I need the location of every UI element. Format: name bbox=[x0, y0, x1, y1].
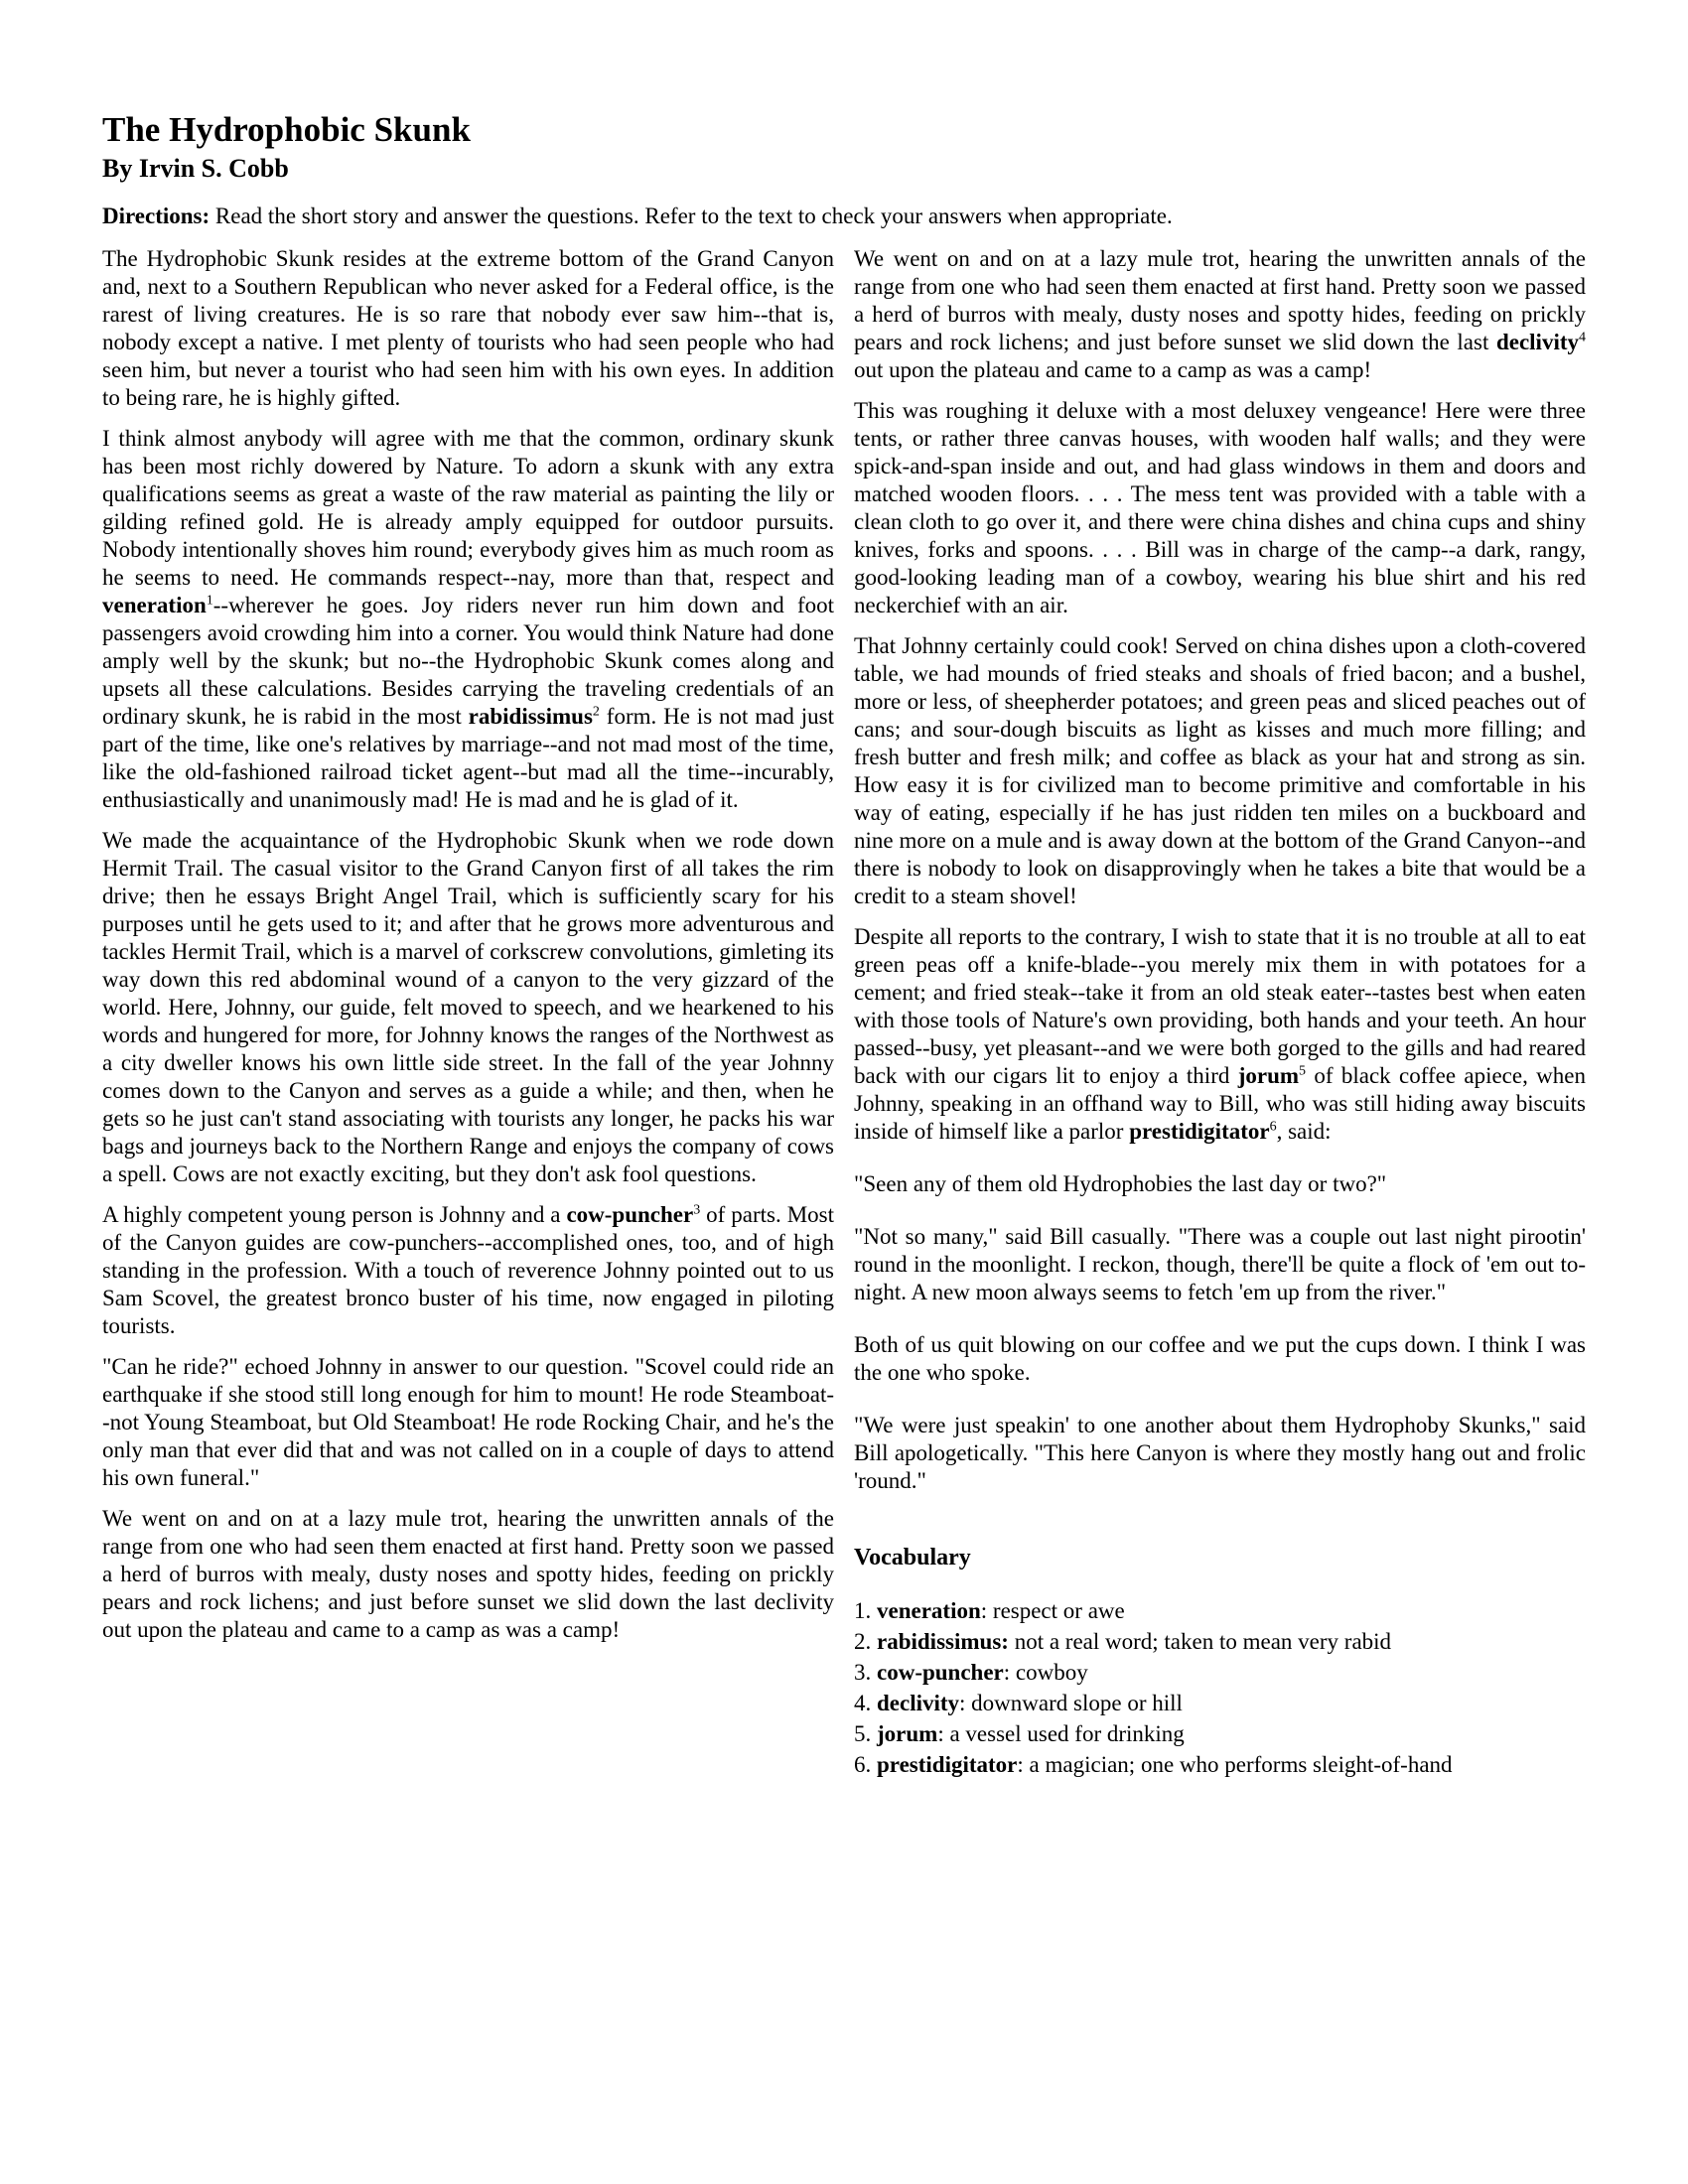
vocabulary-item-number: 6. bbox=[854, 1752, 877, 1777]
story-text: "Seen any of them old Hydrophobies the l… bbox=[854, 1171, 1386, 1196]
story-paragraph: A highly competent young person is Johnn… bbox=[102, 1201, 834, 1340]
vocabulary-item-definition: : a magician; one who performs sleight-o… bbox=[1017, 1752, 1452, 1777]
story-paragraph: We went on and on at a lazy mule trot, h… bbox=[854, 245, 1586, 384]
story-paragraph: This was roughing it deluxe with a most … bbox=[854, 397, 1586, 619]
vocabulary-item-definition: : a vessel used for drinking bbox=[937, 1721, 1184, 1746]
footnote-marker: 2 bbox=[593, 704, 600, 719]
footnote-marker: 6 bbox=[1270, 1119, 1277, 1134]
vocabulary-item: 4. declivity: downward slope or hill bbox=[854, 1688, 1586, 1718]
vocabulary-item: 5. jorum: a vessel used for drinking bbox=[854, 1718, 1586, 1749]
story-text: I think almost anybody will agree with m… bbox=[102, 426, 834, 590]
vocabulary-item-definition: : respect or awe bbox=[981, 1598, 1125, 1623]
vocab-term-inline: declivity bbox=[1496, 330, 1579, 354]
story-text: The Hydrophobic Skunk resides at the ext… bbox=[102, 246, 834, 410]
vocabulary-item-number: 2. bbox=[854, 1629, 877, 1654]
vocabulary-item-term: declivity bbox=[877, 1691, 959, 1715]
story-byline: By Irvin S. Cobb bbox=[102, 155, 1586, 184]
story-text: "Not so many," said Bill casually. "Ther… bbox=[854, 1224, 1586, 1304]
story-text: , said: bbox=[1277, 1119, 1332, 1144]
directions: Directions: Read the short story and ans… bbox=[102, 203, 1586, 230]
story-text: "Can he ride?" echoed Johnny in answer t… bbox=[102, 1354, 834, 1490]
vocabulary-heading: Vocabulary bbox=[854, 1545, 1586, 1571]
document-page: The Hydrophobic Skunk By Irvin S. Cobb D… bbox=[0, 0, 1688, 2184]
vocab-term-inline: cow-puncher bbox=[566, 1202, 693, 1227]
footnote-marker: 1 bbox=[207, 593, 213, 608]
vocabulary-item: 2. rabidissimus: not a real word; taken … bbox=[854, 1626, 1586, 1657]
vocabulary-item-number: 4. bbox=[854, 1691, 877, 1715]
story-text: out upon the plateau and came to a camp … bbox=[854, 357, 1371, 382]
vocabulary-section: Vocabulary 1. veneration: respect or awe… bbox=[854, 1545, 1586, 1780]
vocabulary-item-term: rabidissimus: bbox=[877, 1629, 1009, 1654]
dialogue-paragraph: Both of us quit blowing on our coffee an… bbox=[854, 1331, 1586, 1387]
vocab-term-inline: prestidigitator bbox=[1129, 1119, 1269, 1144]
vocabulary-item: 3. cow-puncher: cowboy bbox=[854, 1657, 1586, 1688]
vocabulary-item-number: 3. bbox=[854, 1660, 877, 1685]
story-paragraph: We went on and on at a lazy mule trot, h… bbox=[102, 1505, 834, 1644]
footnote-marker: 5 bbox=[1299, 1063, 1306, 1078]
right-column: We went on and on at a lazy mule trot, h… bbox=[854, 245, 1586, 1780]
vocabulary-item-number: 5. bbox=[854, 1721, 877, 1746]
story-paragraph: We made the acquaintance of the Hydropho… bbox=[102, 827, 834, 1188]
story-text: A highly competent young person is Johnn… bbox=[102, 1202, 566, 1227]
vocabulary-item-definition: not a real word; taken to mean very rabi… bbox=[1009, 1629, 1391, 1654]
story-text: We made the acquaintance of the Hydropho… bbox=[102, 828, 834, 1186]
vocabulary-item-term: prestidigitator bbox=[877, 1752, 1017, 1777]
story-paragraph: That Johnny certainly could cook! Served… bbox=[854, 632, 1586, 910]
vocabulary-item-definition: : downward slope or hill bbox=[959, 1691, 1183, 1715]
vocabulary-item-term: veneration bbox=[877, 1598, 981, 1623]
story-paragraph: "Can he ride?" echoed Johnny in answer t… bbox=[102, 1353, 834, 1492]
left-column: The Hydrophobic Skunk resides at the ext… bbox=[102, 245, 834, 1780]
story-title: The Hydrophobic Skunk bbox=[102, 111, 1586, 150]
vocab-term-inline: veneration bbox=[102, 593, 207, 617]
vocabulary-item-term: cow-puncher bbox=[877, 1660, 1004, 1685]
story-paragraph: I think almost anybody will agree with m… bbox=[102, 425, 834, 814]
directions-text: Read the short story and answer the ques… bbox=[210, 204, 1173, 228]
vocab-term-inline: jorum bbox=[1238, 1063, 1299, 1088]
vocabulary-item-definition: : cowboy bbox=[1004, 1660, 1088, 1685]
dialogue-paragraph: "We were just speakin' to one another ab… bbox=[854, 1412, 1586, 1495]
right-column-paragraphs: We went on and on at a lazy mule trot, h… bbox=[854, 245, 1586, 1495]
story-text: This was roughing it deluxe with a most … bbox=[854, 398, 1586, 617]
vocabulary-item: 6. prestidigitator: a magician; one who … bbox=[854, 1749, 1586, 1780]
story-text: We went on and on at a lazy mule trot, h… bbox=[102, 1506, 834, 1642]
vocab-term-inline: rabidissimus bbox=[469, 704, 593, 729]
directions-label: Directions: bbox=[102, 204, 210, 228]
vocabulary-list: 1. veneration: respect or awe2. rabidiss… bbox=[854, 1595, 1586, 1780]
dialogue-paragraph: "Not so many," said Bill casually. "Ther… bbox=[854, 1223, 1586, 1306]
vocabulary-item-number: 1. bbox=[854, 1598, 877, 1623]
story-text: That Johnny certainly could cook! Served… bbox=[854, 633, 1586, 908]
story-text: Both of us quit blowing on our coffee an… bbox=[854, 1332, 1586, 1385]
dialogue-paragraph: "Seen any of them old Hydrophobies the l… bbox=[854, 1170, 1586, 1198]
vocabulary-item-term: jorum bbox=[877, 1721, 937, 1746]
story-text: "We were just speakin' to one another ab… bbox=[854, 1413, 1586, 1493]
story-paragraph: The Hydrophobic Skunk resides at the ext… bbox=[102, 245, 834, 412]
story-text: We went on and on at a lazy mule trot, h… bbox=[854, 246, 1586, 354]
story-paragraph: Despite all reports to the contrary, I w… bbox=[854, 923, 1586, 1146]
footnote-marker: 4 bbox=[1579, 330, 1586, 344]
story-columns: The Hydrophobic Skunk resides at the ext… bbox=[102, 245, 1586, 1780]
vocabulary-item: 1. veneration: respect or awe bbox=[854, 1595, 1586, 1626]
